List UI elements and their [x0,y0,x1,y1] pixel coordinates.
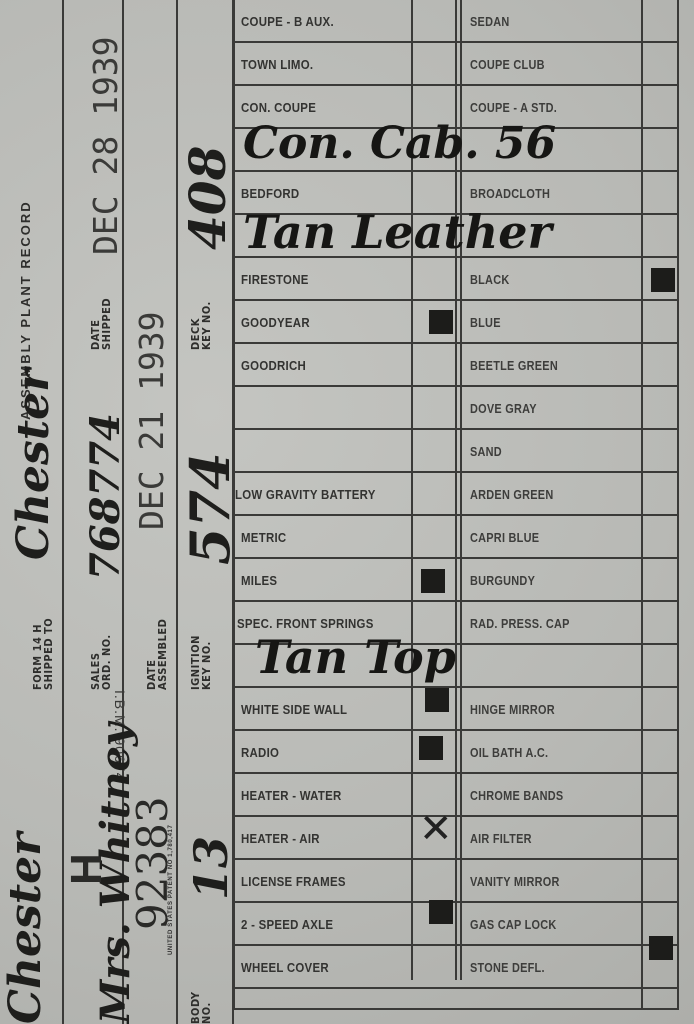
grid-row: GOODYEARBLUE [233,301,679,344]
ignition-key-no-label: IGNITION KEY NO. [190,635,212,690]
grid-row: WHITE SIDE WALLHINGE MIRROR [233,688,679,731]
body-no-label: BODY NO. [190,991,212,1024]
option-label: STONE DEFL. [470,960,545,975]
option-label: WHEEL COVER [241,960,329,975]
option-label: HEATER - AIR [241,831,320,846]
handwritten-top: Tan Top [255,630,456,684]
option-label: GAS CAP LOCK [470,917,557,932]
deck-key-no-label: DECK KEY NO. [190,301,212,350]
shipped-to-label: FORM 14 H SHIPPED TO [32,618,54,690]
grid-row: SAND [233,430,679,473]
key-no-label: KEY NO. [201,635,212,690]
option-label: VANITY MIRROR [470,874,560,889]
assembled-label: ASSEMBLED [157,619,168,690]
option-label: ARDEN GREEN [470,487,553,502]
option-label: RAD. PRESS. CAP [470,616,570,631]
option-label: DOVE GRAY [470,401,537,416]
option-label: RADIO [241,745,279,760]
date-shipped-value: DEC 28 1939 [86,36,125,255]
grid-row: COUPE - B AUX.SEDAN [233,0,679,43]
grid-row-blank [233,989,679,1010]
option-label: AIR FILTER [470,831,532,846]
grid-row: FIRESTONEBLACK [233,258,679,301]
option-label: COUPE - B AUX. [241,14,334,29]
no-label: NO. [201,991,212,1024]
option-label: LICENSE FRAMES [241,874,346,889]
option-label: COUPE - A STD. [470,100,557,115]
handwritten-body-type: Con. Cab. 56 [243,118,556,169]
body-no-value: 13 [184,836,238,900]
option-label: MILES [241,573,277,588]
grid-row: HEATER - WATERCHROME BANDS [233,774,679,817]
option-label: BEETLE GREEN [470,358,558,373]
date-assembled-label: DATE ASSEMBLED [146,619,168,690]
serial-letter: H [62,853,112,885]
grid-row: 2 - SPEED AXLEGAS CAP LOCK [233,903,679,946]
option-label: WHITE SIDE WALL [241,702,347,717]
date-assembled-value: DEC 21 1939 [132,311,171,530]
options-grid: COUPE - B AUX.SEDAN TOWN LIMO.COUPE CLUB… [233,0,679,1010]
option-label: SPEC. FRONT SPRINGS [237,616,374,631]
grid-row: HEATER - AIRAIR FILTER [233,817,679,860]
grid-row: METRICCAPRI BLUE [233,516,679,559]
option-label: SEDAN [470,14,509,29]
option-label: CAPRI BLUE [470,530,539,545]
option-label: SAND [470,444,502,459]
option-label: BLACK [470,272,509,287]
check-mark-white-side-wall [425,688,449,712]
shipped-to-text: SHIPPED TO [43,618,54,690]
grid-row: WHEEL COVERSTONE DEFL. [233,946,679,989]
shipped-to-value: Chester [8,369,59,560]
option-label: BLUE [470,315,501,330]
check-mark-2-speed-axle [429,900,453,924]
option-label: GOODYEAR [241,315,310,330]
grid-row: DOVE GRAY [233,387,679,430]
option-label: BROADCLOTH [470,186,550,201]
grid-row: LOW GRAVITY BATTERYARDEN GREEN [233,473,679,516]
option-label: LOW GRAVITY BATTERY [235,487,376,502]
handwritten-upholstery: Tan Leather [243,205,552,259]
option-label: CHROME BANDS [470,788,563,803]
option-label: METRIC [241,530,286,545]
grid-row: GOODRICHBEETLE GREEN [233,344,679,387]
grid-row: LICENSE FRAMESVANITY MIRROR [233,860,679,903]
deck-key-no-value: 408 [178,146,237,250]
option-label: HINGE MIRROR [470,702,555,717]
grid-row: TOWN LIMO.COUPE CLUB [233,43,679,86]
grid-row: MILESBURGUNDY [233,559,679,602]
check-mark-black [651,268,675,292]
key-no-label: KEY NO. [201,301,212,350]
option-label: CON. COUPE [241,100,316,115]
option-label: BURGUNDY [470,573,535,588]
grid-row: RADIOOIL BATH A.C. [233,731,679,774]
option-label: TOWN LIMO. [241,57,313,72]
check-mark-miles [421,569,445,593]
option-label: BEDFORD [241,186,299,201]
shipped-label: SHIPPED [101,298,112,350]
option-label: COUPE CLUB [470,57,545,72]
ord-no-label: ORD. NO. [101,634,112,690]
dealer-signature: Chester [0,833,51,1024]
check-mark-stone-defl [649,936,673,960]
option-label: 2 - SPEED AXLE [241,917,333,932]
x-mark-heater-air: ✕ [419,806,453,852]
option-label: FIRESTONE [241,272,309,287]
patent-text: UNITED STATES PATENT NO 1,780,417 [168,825,174,955]
option-label: OIL BATH A.C. [470,745,548,760]
sales-ord-no-value: 768774 [82,413,129,580]
option-label: HEATER - WATER [241,788,342,803]
option-label: GOODRICH [241,358,306,373]
date-shipped-label: DATE SHIPPED [90,298,112,350]
assembly-plant-record-card: ASSEMBLY PLANT RECORD FORM 14 H SHIPPED … [0,0,694,1024]
sales-ord-no-label: SALES ORD. NO. [90,634,112,690]
check-mark-goodyear [429,310,453,334]
check-mark-radio [419,736,443,760]
